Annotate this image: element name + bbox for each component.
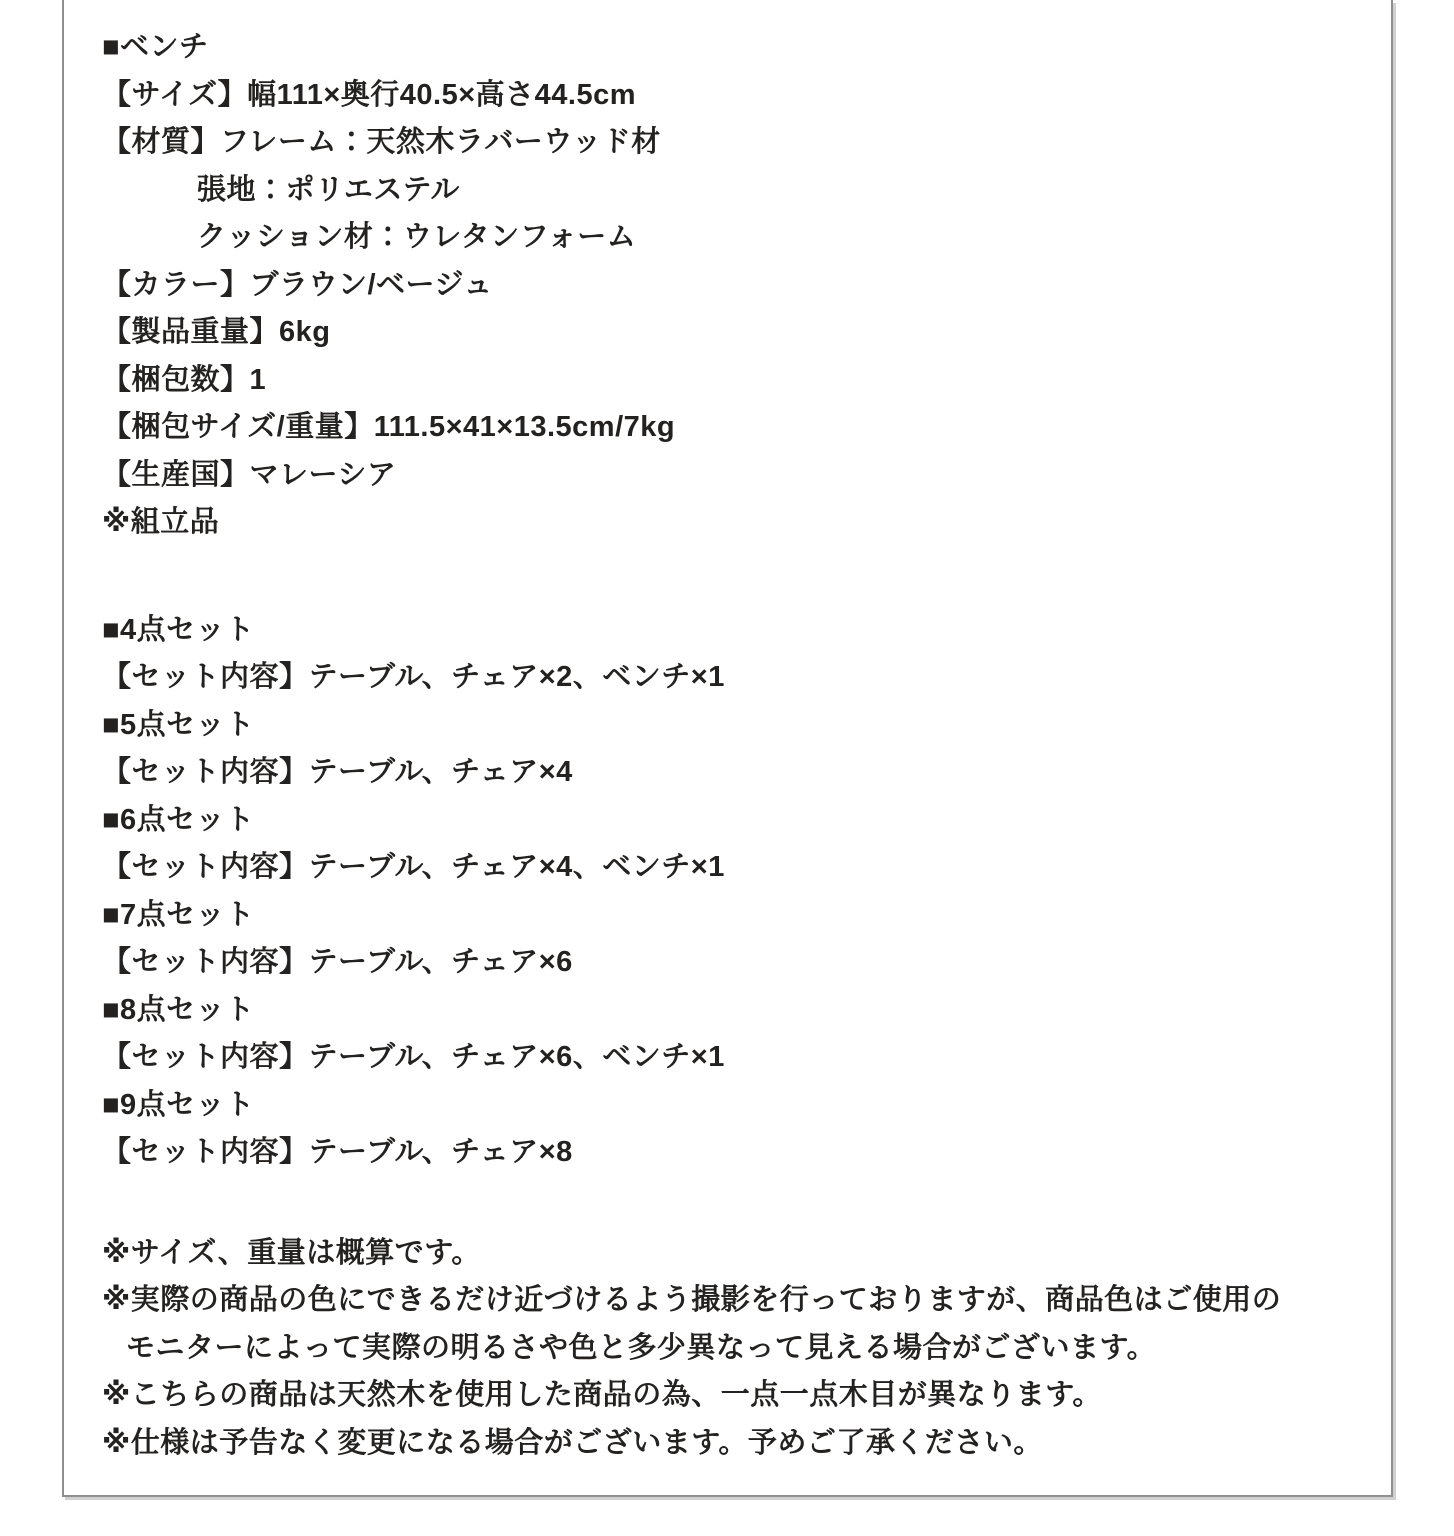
bench-size-line: 【サイズ】幅111×奥行40.5×高さ44.5cm xyxy=(102,72,1361,120)
set-variations-section: ■4点セット 【セット内容】テーブル、チェア×2、ベンチ×1 ■5点セット 【セ… xyxy=(102,607,1361,1177)
bench-spec-section: ■ベンチ 【サイズ】幅111×奥行40.5×高さ44.5cm 【材質】フレーム：… xyxy=(102,24,1361,547)
set-6-heading: ■6点セット xyxy=(102,797,1361,845)
set-8-heading: ■8点セット xyxy=(102,987,1361,1035)
product-spec-panel: ■ベンチ 【サイズ】幅111×奥行40.5×高さ44.5cm 【材質】フレーム：… xyxy=(62,0,1393,1497)
bench-material-frame-line: 【材質】フレーム：天然木ラバーウッド材 xyxy=(102,119,1361,167)
note-color-photo: ※実際の商品の色にできるだけ近づけるよう撮影を行っておりますが、商品色はご使用の xyxy=(102,1277,1361,1325)
set-4-contents: 【セット内容】テーブル、チェア×2、ベンチ×1 xyxy=(102,654,1361,702)
set-9-contents: 【セット内容】テーブル、チェア×8 xyxy=(102,1129,1361,1177)
bench-assembly-note-line: ※組立品 xyxy=(102,499,1361,547)
set-7-heading: ■7点セット xyxy=(102,892,1361,940)
bench-section-heading: ■ベンチ xyxy=(102,24,1361,72)
bench-country-line: 【生産国】マレーシア xyxy=(102,452,1361,500)
note-spec-change: ※仕様は予告なく変更になる場合がございます。予めご了承ください。 xyxy=(102,1420,1361,1468)
bench-package-count-line: 【梱包数】1 xyxy=(102,357,1361,405)
note-wood-grain: ※こちらの商品は天然木を使用した商品の為、一点一点木目が異なります。 xyxy=(102,1372,1361,1420)
set-5-heading: ■5点セット xyxy=(102,702,1361,750)
bench-material-fabric-line: 張地：ポリエステル xyxy=(102,167,1361,215)
set-5-contents: 【セット内容】テーブル、チェア×4 xyxy=(102,749,1361,797)
set-8-contents: 【セット内容】テーブル、チェア×6、ベンチ×1 xyxy=(102,1034,1361,1082)
bench-color-line: 【カラー】ブラウン/ベージュ xyxy=(102,262,1361,310)
bench-material-cushion-line: クッション材：ウレタンフォーム xyxy=(102,214,1361,262)
bench-package-size-weight-line: 【梱包サイズ/重量】111.5×41×13.5cm/7kg xyxy=(102,404,1361,452)
bench-product-weight-line: 【製品重量】6kg xyxy=(102,309,1361,357)
disclaimer-notes-section: ※サイズ、重量は概算です。 ※実際の商品の色にできるだけ近づけるよう撮影を行って… xyxy=(102,1230,1361,1468)
set-9-heading: ■9点セット xyxy=(102,1082,1361,1130)
set-6-contents: 【セット内容】テーブル、チェア×4、ベンチ×1 xyxy=(102,844,1361,892)
note-size-approx: ※サイズ、重量は概算です。 xyxy=(102,1230,1361,1278)
set-4-heading: ■4点セット xyxy=(102,607,1361,655)
set-7-contents: 【セット内容】テーブル、チェア×6 xyxy=(102,939,1361,987)
note-color-photo-continued: モニターによって実際の明るさや色と多少異なって見える場合がございます。 xyxy=(102,1325,1361,1373)
